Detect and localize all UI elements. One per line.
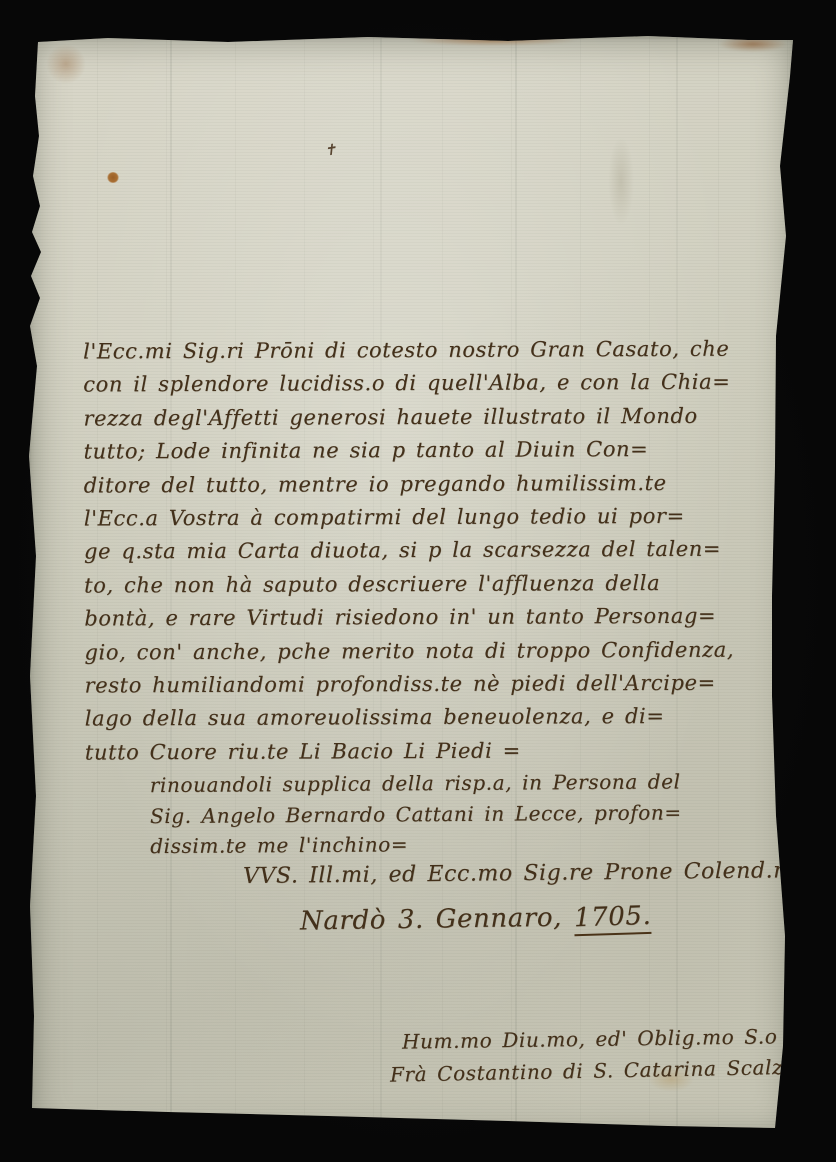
- letter-body-line: rezza degl'Affetti generosi hauete illus…: [83, 399, 763, 435]
- letter-body: l'Ecc.mi Sig.ri Prōni di cotesto nostro …: [83, 333, 765, 770]
- signature-name-line: Frà Costantino di S. Catarina Scalzi Ag.…: [390, 1053, 836, 1086]
- petition-line: dissim.te me l'inchino=: [150, 827, 750, 862]
- letter-body-line: l'Ecc.mi Sig.ri Prōni di cotesto nostro …: [83, 333, 763, 369]
- petition-line: rinouandoli supplica della risp.a, in Pe…: [150, 766, 750, 801]
- ink-smudge: [608, 136, 634, 226]
- place-and-date: Nardò 3. Gennaro,: [300, 903, 574, 937]
- dateline: Nardò 3. Gennaro, 1705.: [300, 902, 652, 940]
- letter-body-line: l'Ecc.a Vostra à compatirmi del lungo te…: [84, 499, 764, 535]
- letter-body-line: bontà, e rare Virtudi risiedono in' un t…: [84, 600, 764, 636]
- letter-body-line: tutto Cuore riu.te Li Bacio Li Piedi =: [85, 733, 765, 769]
- foxing-spot: [107, 172, 119, 183]
- letter-body-line: con il splendore lucidiss.o di quell'Alb…: [83, 366, 763, 402]
- signature-formula-line: Hum.mo Diu.mo, ed' Oblig.mo S.o Seruo ve…: [402, 1022, 836, 1053]
- invocation-cross-mark: ✝: [323, 140, 338, 160]
- letter-body-line: ditore del tutto, mentre io pregando hum…: [84, 466, 764, 502]
- date-year-underlined: 1705.: [573, 901, 651, 936]
- edge-stain: [46, 44, 86, 84]
- letter-body-line: to, che non hà saputo descriuere l'afflu…: [84, 566, 764, 602]
- letter-body-line: lago della sua amoreuolissima beneuolenz…: [85, 700, 765, 736]
- manuscript-page: ✝ l'Ecc.mi Sig.ri Prōni di cotesto nostr…: [28, 36, 795, 1140]
- letter-body-line: resto humiliandomi profondiss.te nè pied…: [85, 666, 765, 702]
- letter-body-line: tutto; Lode infinita ne sia p tanto al D…: [83, 433, 763, 469]
- petition-line: Sig. Angelo Bernardo Cattani in Lecce, p…: [150, 796, 750, 831]
- petition-postscript: rinouandoli supplica della risp.a, in Pe…: [150, 766, 751, 862]
- letter-body-line: gio, con' anche, pche merito nota di tro…: [84, 633, 764, 669]
- courtesy-address-line: VVS. Ill.mi, ed Ecc.mo Sig.re Prone Cole…: [243, 858, 816, 889]
- letter-body-line: ge q.sta mia Carta diuota, si p la scars…: [84, 533, 764, 569]
